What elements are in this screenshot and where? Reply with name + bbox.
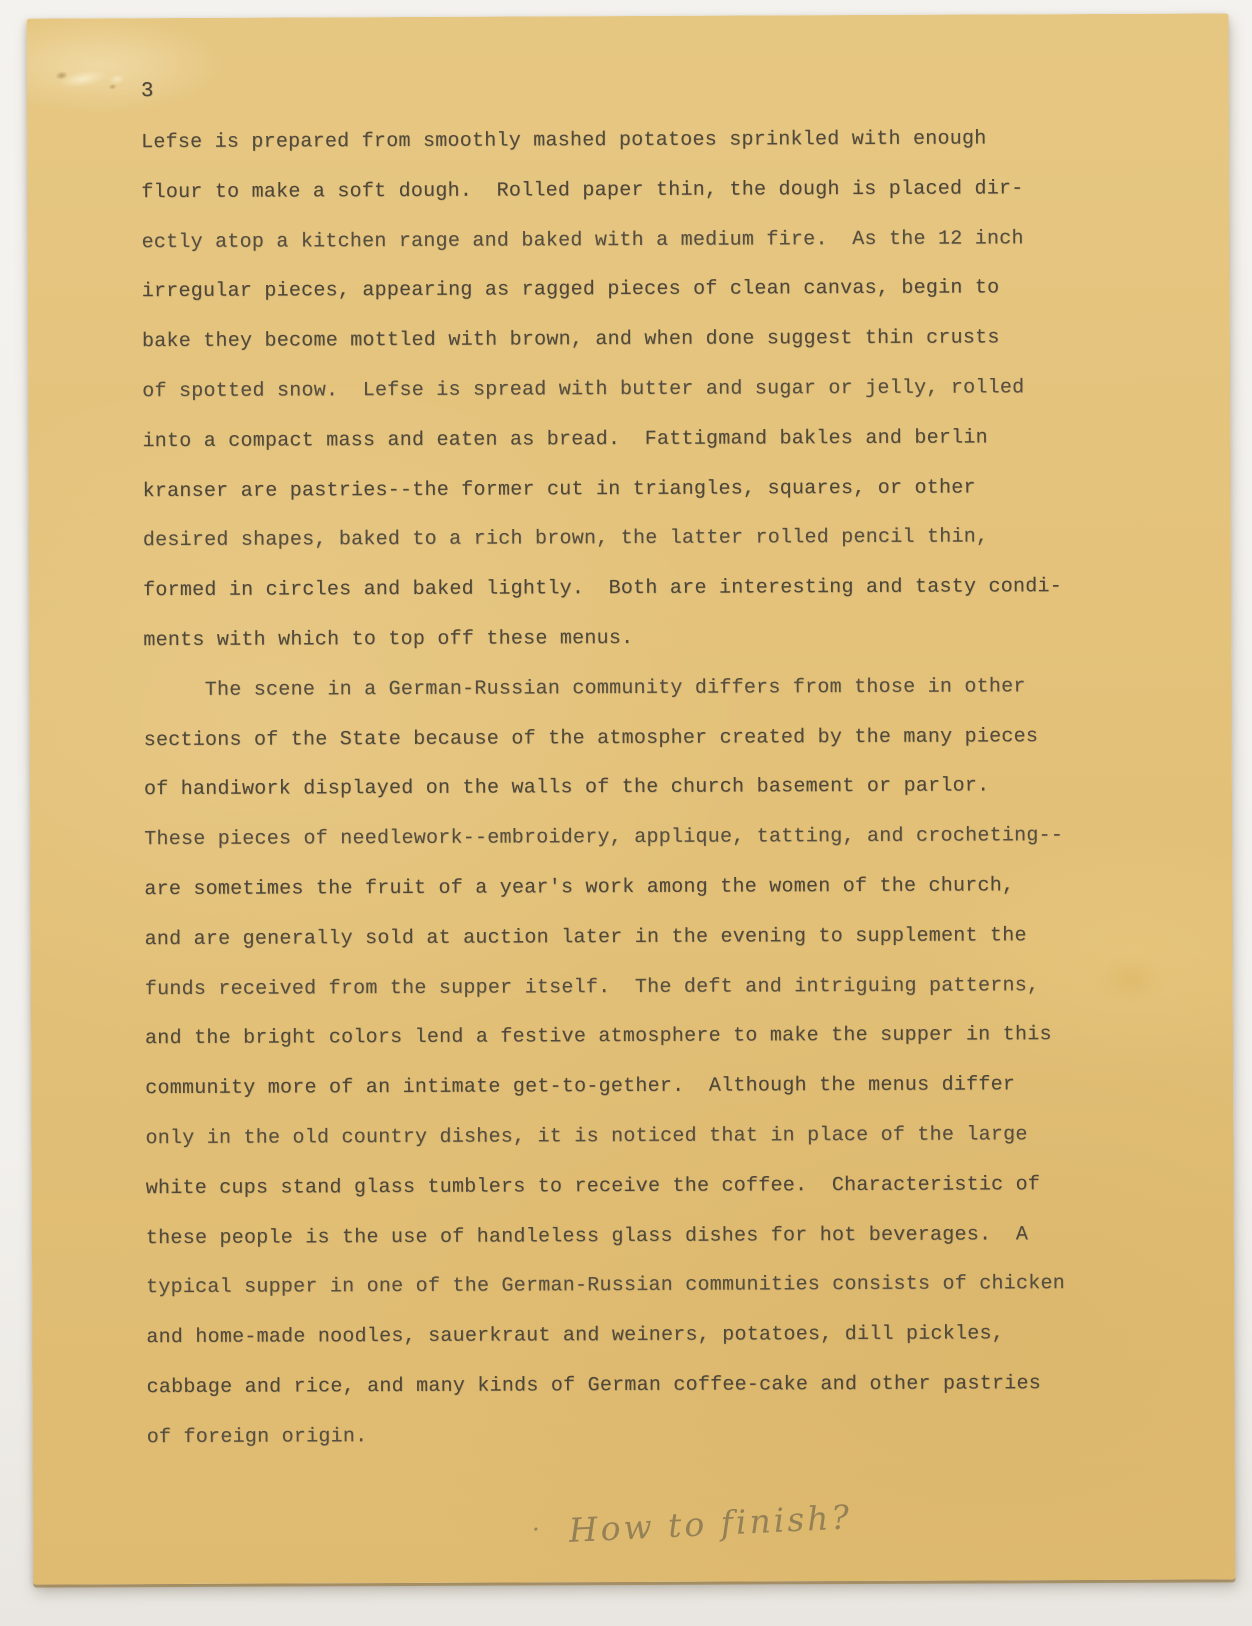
typewritten-line: desired shapes, baked to a rich brown, t…	[143, 512, 1062, 566]
document-page: 3 Lefse is prepared from smoothly mashed…	[27, 13, 1236, 1584]
typewritten-line: ments with which to top off these menus.	[143, 612, 1062, 666]
typewritten-text-block: Lefse is prepared from smoothly mashed p…	[141, 114, 1066, 1463]
typewritten-line: of foreign origin.	[147, 1409, 1066, 1463]
typewritten-line: funds received from the supper itself. T…	[145, 961, 1064, 1015]
typewritten-line: The scene in a German-Russian community …	[143, 662, 1062, 716]
paper-tear-mark	[48, 45, 144, 101]
typewritten-line: bake they become mottled with brown, and…	[142, 313, 1061, 367]
typewritten-line: These pieces of needlework--embroidery, …	[144, 811, 1063, 865]
handwritten-annotation: ·How to finish?	[449, 1458, 855, 1594]
typewritten-line: of handiwork displayed on the walls of t…	[144, 761, 1063, 815]
paper-stain	[1071, 934, 1191, 1025]
typewritten-line: into a compact mass and eaten as bread. …	[142, 413, 1061, 467]
typewritten-line: of spotted snow. Lefse is spread with bu…	[142, 363, 1061, 417]
typewritten-line: Lefse is prepared from smoothly mashed p…	[141, 114, 1060, 168]
typewritten-line: sections of the State because of the atm…	[144, 712, 1063, 766]
handwritten-note-text: How to finish?	[568, 1497, 853, 1550]
typewritten-line: white cups stand glass tumblers to recei…	[146, 1160, 1065, 1214]
typewritten-line: formed in circles and baked lightly. Bot…	[143, 562, 1062, 616]
typewritten-line: ectly atop a kitchen range and baked wit…	[141, 214, 1060, 268]
typewritten-line: cabbage and rice, and many kinds of Germ…	[146, 1359, 1065, 1413]
typewritten-line: only in the old country dishes, it is no…	[145, 1110, 1064, 1164]
page-number: 3	[141, 80, 154, 103]
typewritten-line: irregular pieces, appearing as ragged pi…	[142, 264, 1061, 318]
typewritten-line: community more of an intimate get-to-get…	[145, 1060, 1064, 1114]
typewritten-line: are sometimes the fruit of a year's work…	[144, 861, 1063, 915]
typewritten-line: flour to make a soft dough. Rolled paper…	[141, 164, 1060, 218]
typewritten-line: and the bright colors lend a festive atm…	[145, 1010, 1064, 1064]
pencil-dot: ·	[531, 1515, 543, 1543]
scanned-document-background: 3 Lefse is prepared from smoothly mashed…	[0, 0, 1252, 1626]
typewritten-line: and are generally sold at auction later …	[145, 911, 1064, 965]
typewritten-line: typical supper in one of the German-Russ…	[146, 1259, 1065, 1313]
typewritten-line: and home-made noodles, sauerkraut and we…	[146, 1309, 1065, 1363]
typewritten-line: these people is the use of handleless gl…	[146, 1210, 1065, 1264]
typewritten-line: kranser are pastries--the former cut in …	[143, 463, 1062, 517]
